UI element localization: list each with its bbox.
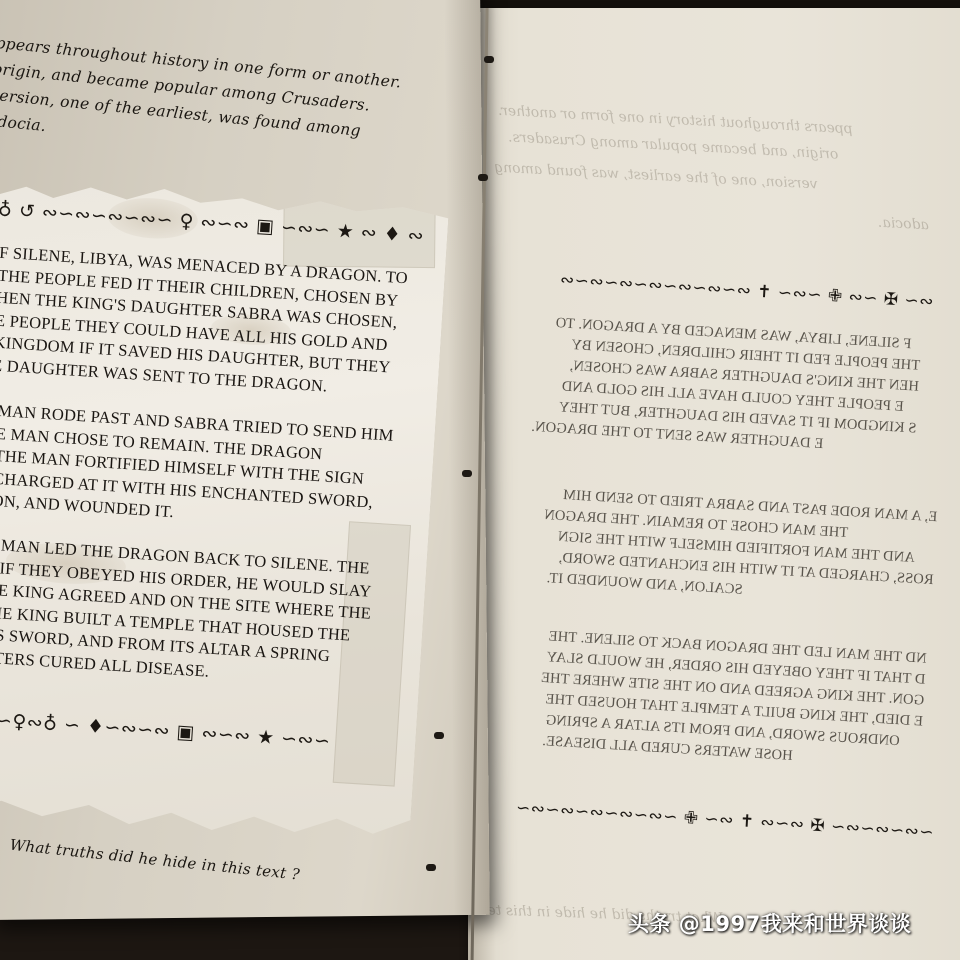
binding-stitch	[484, 56, 494, 63]
handwritten-question: What truths did he hide in this text ?	[9, 836, 301, 884]
handwritten-notes: ppears throughout history in one form or…	[0, 34, 402, 177]
binding-stitch	[426, 864, 436, 871]
cipher-glyph-row-bottom: ∽♀∾♁ ∽ ♦∽∾∽∾ ▣ ∾∽∾ ★ ∽∾∽	[0, 709, 331, 752]
mirrored-paragraph-2: E, A MAN RODE PAST AND SABRA TRIED TO SE…	[540, 486, 938, 614]
cipher-glyph-row-top: ∾∽∾∽∾∽∾∽∾∽∾∽∾ ✝ ∽∾∽ ✙ ∾∽ ✠ ∽∾	[559, 270, 934, 312]
binding-stitch	[434, 732, 444, 739]
ghost-handwriting-line: adocia.	[878, 215, 930, 234]
binding-stitch	[462, 470, 472, 477]
cipher-glyph-row-bottom: ∽∾∽∾∽∾∽∾∽∾∽ ✙ ∽∾ ✝ ∾∽∾ ✠ ∽∾∽∾∽∾∽	[515, 798, 934, 843]
watermark-text: 头条 @1997我来和世界谈谈	[628, 908, 911, 938]
torn-paper-clipping: ♁ ↺ ∾∽∾∽∾∽∾∽ ♀ ∾∽∾ ▣ ∽∾∽ ★ ∾ ♦ ∾ F SILEN…	[0, 178, 449, 846]
clipping-paragraph-1: F SILENE, LIBYA, WAS MENACED BY A DRAGON…	[0, 243, 408, 403]
clipping-paragraph-2: MAN RODE PAST AND SABRA TRIED TO SEND HI…	[0, 401, 394, 538]
binding-stitch	[478, 174, 488, 181]
clipping-paragraph-3: MAN LED THE DRAGON BACK TO SILENE. THE I…	[0, 535, 374, 693]
right-page: ppears throughout history in one form or…	[468, 8, 960, 960]
notebook-scene: ppears throughout history in one form or…	[0, 0, 960, 960]
ghost-handwriting-line: version, one of the earliest, was found …	[494, 160, 818, 193]
mirrored-paragraph-1: F SILENE, LIBYA, WAS MENACED BY A DRAGON…	[531, 314, 922, 463]
mirrored-paragraph-3: ND THE MAN LED THE DRAGON BACK TO SILENE…	[537, 628, 928, 777]
ghost-handwriting-line: origin, and became popular among Crusade…	[508, 129, 839, 162]
